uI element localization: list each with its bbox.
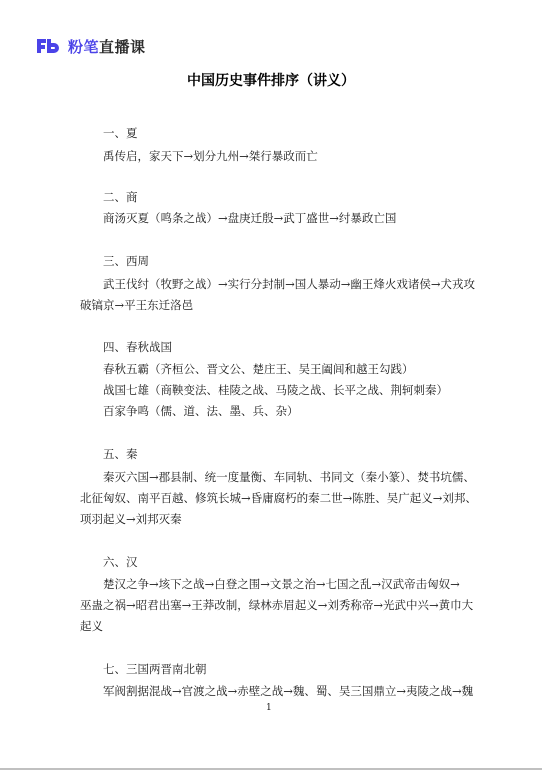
page-number: 1 — [266, 703, 272, 713]
logo-product: 直播课 — [99, 38, 146, 56]
fenbi-logo: 粉笔直播课 — [36, 35, 146, 57]
section-heading: 二、商 — [103, 189, 138, 205]
section-line: 起义 — [80, 618, 103, 634]
section-line: 武王伐纣（牧野之战）→实行分封制→国人暴动→幽王烽火戏诸侯→犬戎攻 — [103, 276, 475, 292]
section-heading: 七、三国两晋南北朝 — [103, 661, 207, 677]
section-line: 战国七雄（商鞅变法、桂陵之战、马陵之战、长平之战、荆轲刺秦） — [103, 382, 448, 398]
section-line: 北征匈奴、南平百越、修筑长城→昏庸腐朽的秦二世→陈胜、吴广起义→刘邦、 — [80, 490, 477, 506]
section-line: 秦灭六国→郡县制、统一度量衡、车同轨、书同文（秦小篆）、焚书坑儒、 — [103, 469, 475, 485]
section-heading: 四、春秋战国 — [103, 339, 172, 355]
section-heading: 三、西周 — [103, 253, 149, 269]
section-line: 商汤灭夏（鸣条之战）→盘庚迁殷→武丁盛世→纣暴政亡国 — [103, 210, 396, 226]
section-heading: 一、夏 — [103, 125, 138, 141]
section-heading: 六、汉 — [103, 554, 138, 570]
section-line: 禹传启，家天下→划分九州→桀行暴政而亡 — [103, 148, 318, 164]
section-heading: 五、秦 — [103, 446, 138, 462]
section-line: 项羽起义→刘邦灭秦 — [80, 511, 182, 527]
section-line: 军阀割据混战→官渡之战→赤壁之战→魏、蜀、吴三国鼎立→夷陵之战→魏 — [103, 683, 473, 699]
fb-logo-icon — [36, 38, 60, 54]
section-line: 破镐京→平王东迁洛邑 — [80, 297, 193, 313]
section-line: 巫蛊之祸→昭君出塞→王莽改制，绿林赤眉起义→刘秀称帝→光武中兴→黄巾大 — [80, 597, 473, 613]
logo-text: 粉笔直播课 — [68, 36, 146, 57]
section-line: 楚汉之争→垓下之战→白登之围→文景之治→七国之乱→汉武帝击匈奴→ — [103, 576, 460, 592]
section-line: 百家争鸣（儒、道、法、墨、兵、杂） — [103, 403, 299, 419]
document-title: 中国历史事件排序（讲义） — [0, 70, 542, 90]
logo-brand: 粉笔 — [68, 38, 99, 56]
section-line: 春秋五霸（齐桓公、晋文公、楚庄王、吴王阖闾和越王勾践） — [103, 361, 414, 377]
